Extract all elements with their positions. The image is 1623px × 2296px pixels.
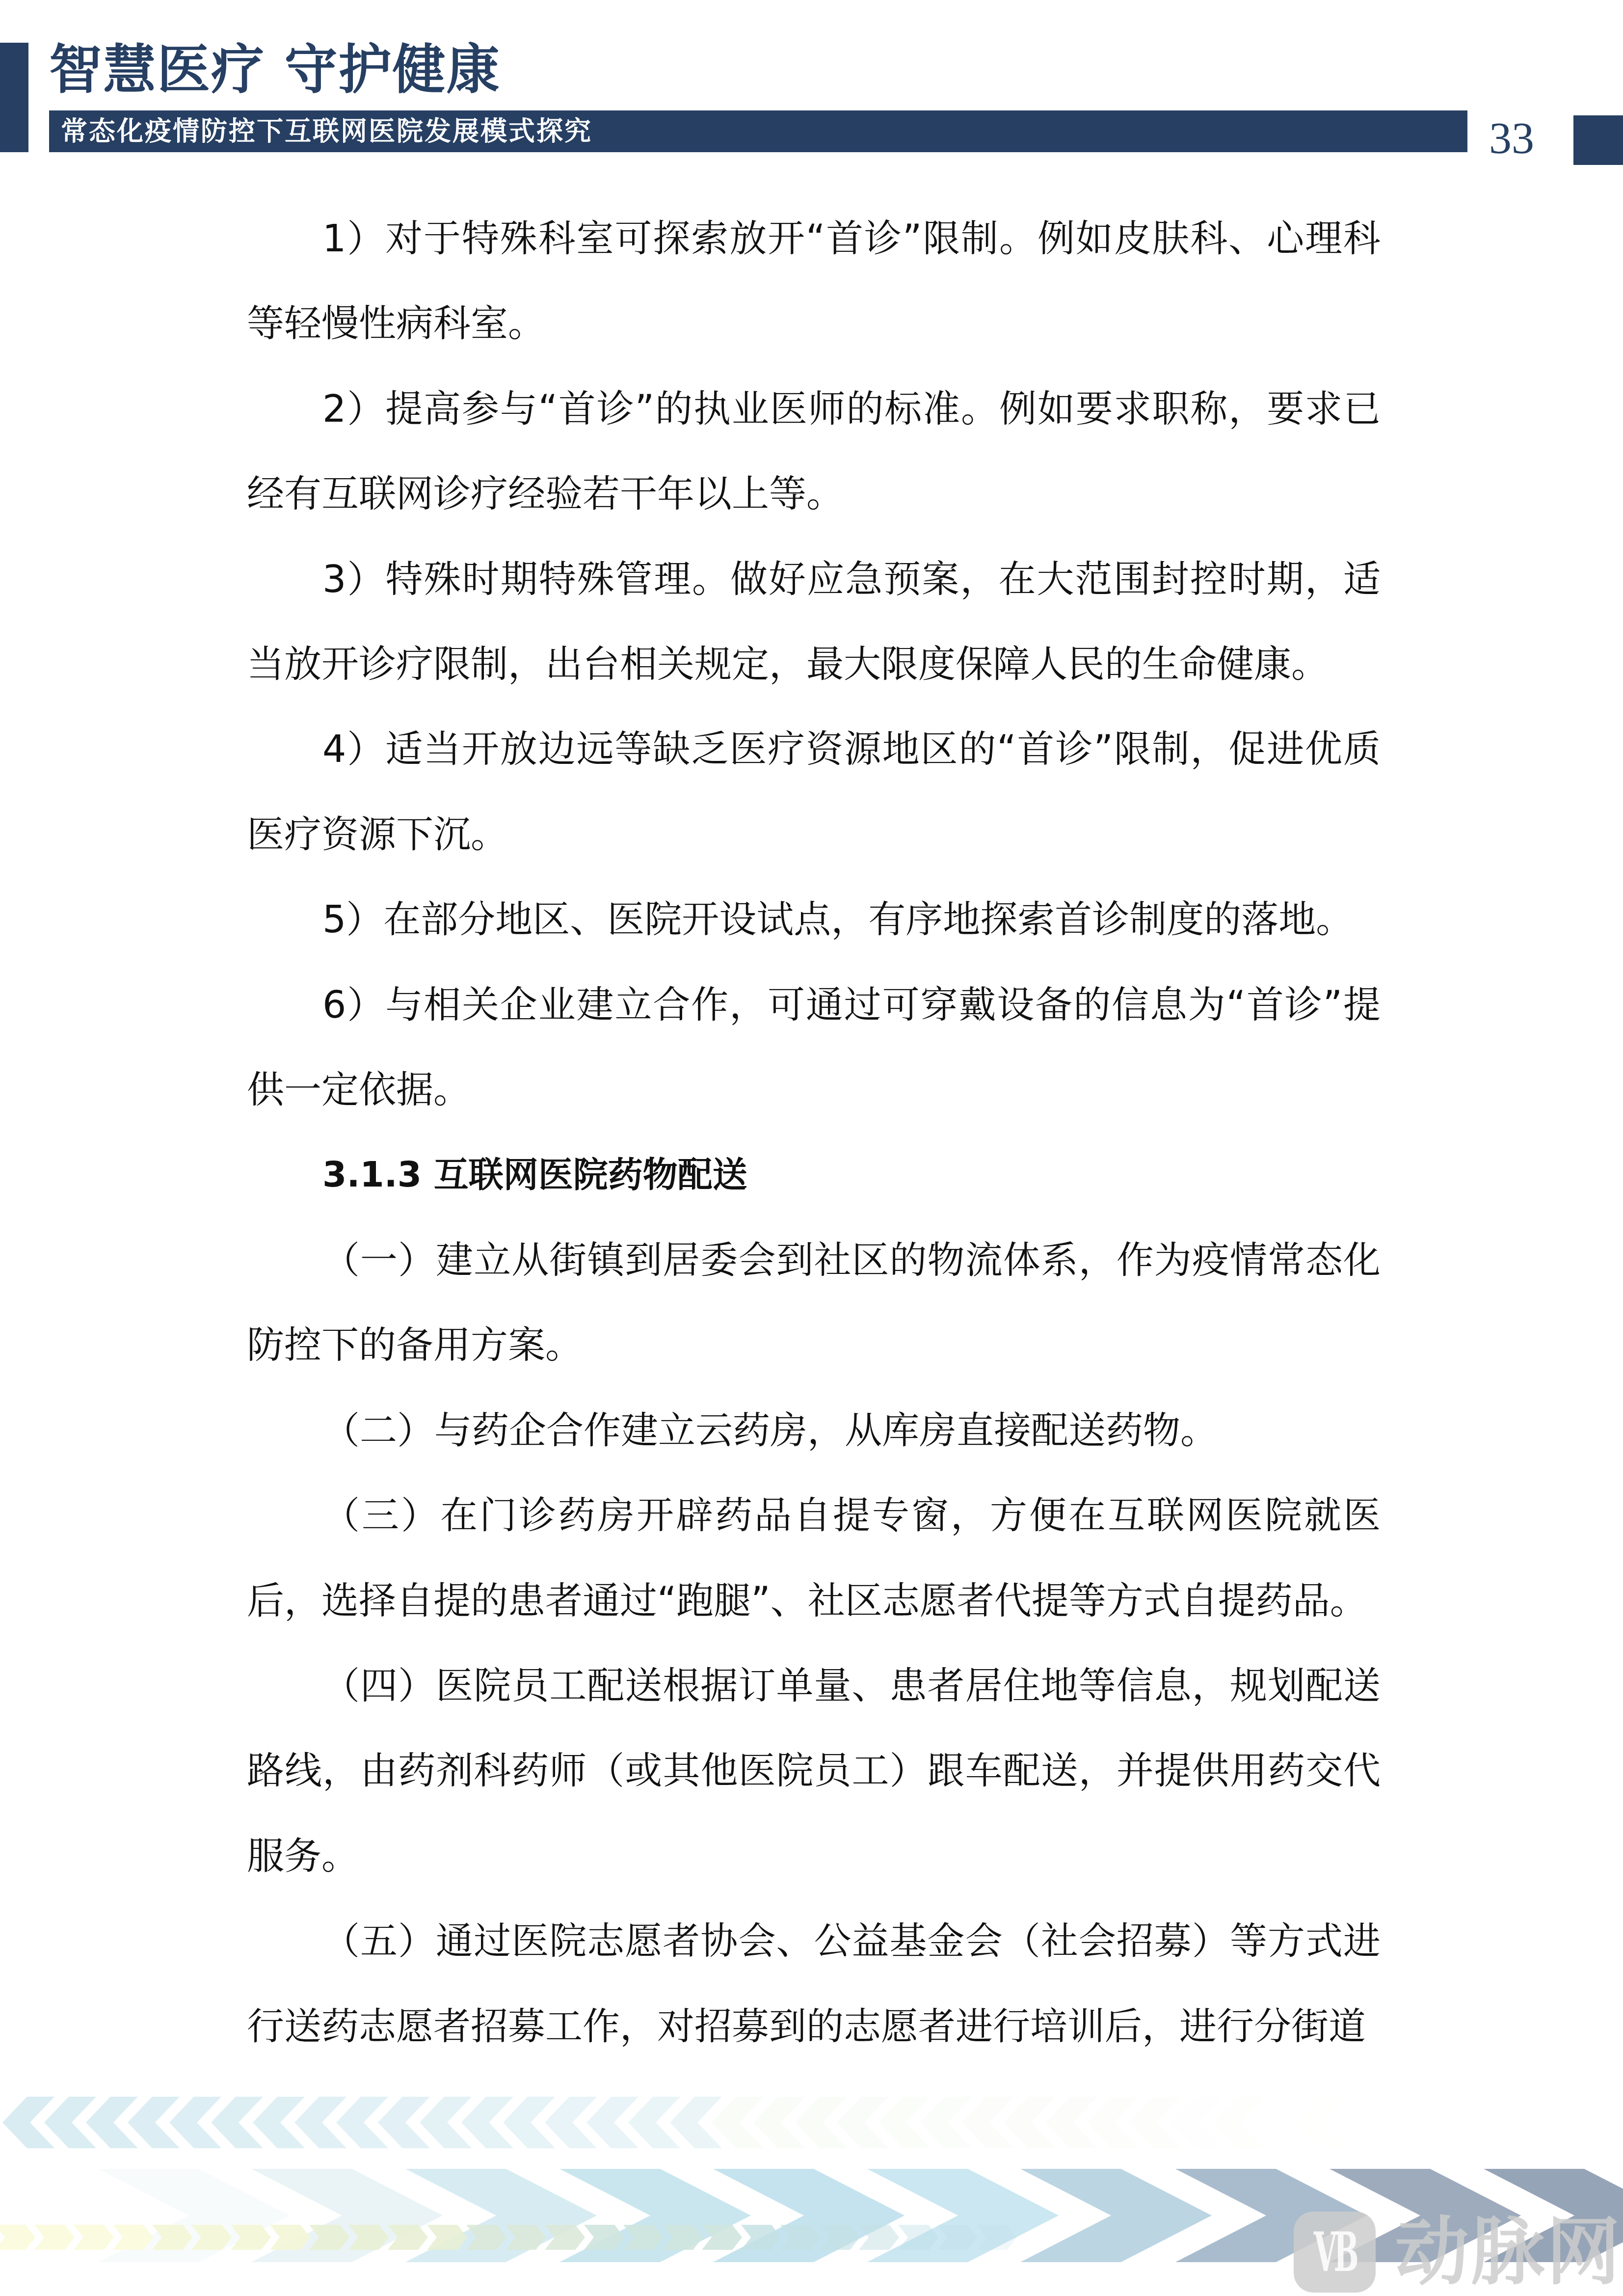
body-content: 1）对于特殊科室可探索放开“首诊”限制。例如皮肤科、心理科等轻慢性病科室。 2）… [247,196,1381,2069]
header-left-accent-bar [0,43,28,152]
paragraph-item-6: 6）与相关企业建立合作，可通过可穿戴设备的信息为“首诊”提供一定依据。 [247,962,1381,1133]
paragraph-delivery-2: （二）与药企合作建立云药房，从库房直接配送药物。 [247,1388,1381,1473]
header-subtitle-bar: 常态化疫情防控下互联网医院发展模式探究 [49,110,1467,152]
paragraph-delivery-1: （一）建立从街镇到居委会到社区的物流体系，作为疫情常态化防控下的备用方案。 [247,1217,1381,1388]
paragraph-item-3: 3）特殊时期特殊管理。做好应急预案，在大范围封控时期，适当放开诊疗限制，出台相关… [247,537,1381,707]
paragraph-item-2: 2）提高参与“首诊”的执业医师的标准。例如要求职称，要求已经有互联网诊疗经验若干… [247,366,1381,537]
top-chevron-band [2,2097,1431,2148]
watermark-logo-letters: VB [1312,2212,1357,2293]
watermark-text: 动脉网 [1395,2218,1622,2287]
page-number: 33 [1482,111,1541,165]
paragraph-delivery-5: （五）通过医院志愿者协会、公益基金会（社会招募）等方式进行送药志愿者招募工作，对… [247,1898,1381,2069]
paragraph-delivery-3: （三）在门诊药房开辟药品自提专窗，方便在互联网医院就医后，选择自提的患者通过“跑… [247,1473,1381,1643]
chevron-icon [34,2225,75,2250]
paragraph-item-5: 5）在部分地区、医院开设试点，有序地探索首诊制度的落地。 [247,877,1381,962]
paragraph-delivery-4: （四）医院员工配送根据订单量、患者居住地等信息，规划配送路线，由药剂科药师（或其… [247,1643,1381,1898]
watermark-logo-icon: VB [1294,2212,1376,2293]
header-subtitle: 常态化疫情防控下互联网医院发展模式探究 [61,110,592,152]
chevron-icon [74,2225,114,2250]
paragraph-item-1: 1）对于特殊科室可探索放开“首诊”限制。例如皮肤科、心理科等轻慢性病科室。 [247,196,1381,366]
chevron-icon [0,2225,35,2250]
section-heading-3-1-3: 3.1.3 互联网医院药物配送 [247,1132,1381,1217]
header-title: 智慧医疗 守护健康 [49,35,501,104]
chevron-icon [859,2225,899,2250]
watermark: VB 动脉网 [1294,2209,1623,2293]
chevron-icon [1379,2097,1431,2148]
header-right-accent-block [1573,115,1623,165]
document-page: 智慧医疗 守护健康 常态化疫情防控下互联网医院发展模式探究 33 1）对于特殊科… [0,0,1623,2296]
paragraph-item-4: 4）适当开放边远等缺乏医疗资源地区的“首诊”限制，促进优质医疗资源下沉。 [247,706,1381,877]
